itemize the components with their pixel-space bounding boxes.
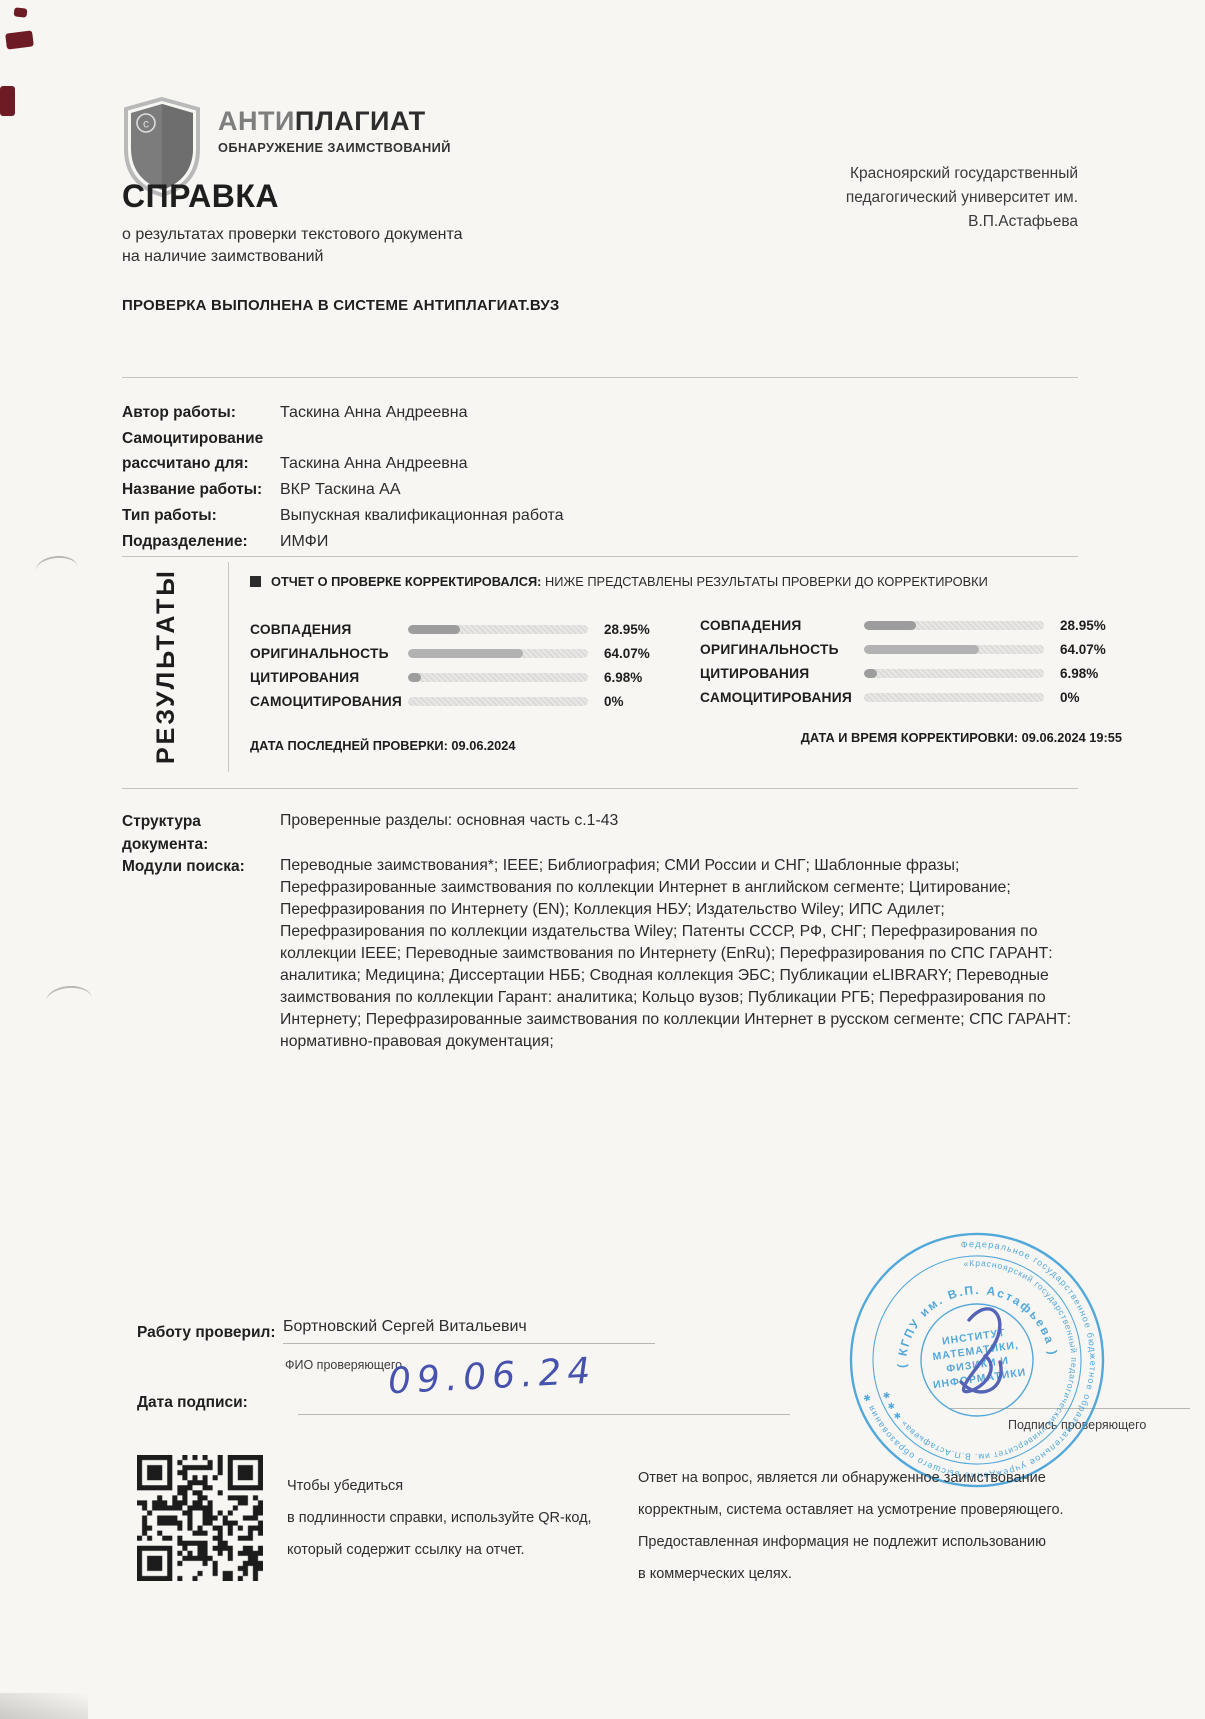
results-section: РЕЗУЛЬТАТЫ ОТЧЕТ О ПРОВЕРКЕ КОРРЕКТИРОВА… bbox=[122, 562, 1080, 772]
scan-ink-mark bbox=[5, 30, 34, 49]
metric-value: 0% bbox=[1060, 690, 1080, 705]
scan-ink-mark bbox=[0, 86, 15, 116]
metric-label: ЦИТИРОВАНИЯ bbox=[700, 666, 864, 681]
field-value: ВКР Таскина АА bbox=[280, 477, 401, 502]
metric-value: 6.98% bbox=[1060, 666, 1098, 681]
metric-value: 64.07% bbox=[604, 646, 650, 661]
results-notice: ОТЧЕТ О ПРОВЕРКЕ КОРРЕКТИРОВАЛСЯ: НИЖЕ П… bbox=[250, 574, 988, 589]
field-row-author: Автор работы: Таскина Анна Андреевна bbox=[122, 400, 1078, 425]
metric-bar bbox=[408, 649, 588, 658]
system-notice: ПРОВЕРКА ВЫПОЛНЕНА В СИСТЕМЕ АНТИПЛАГИАТ… bbox=[122, 297, 560, 314]
metric-value: 28.95% bbox=[604, 622, 650, 637]
metric-value: 6.98% bbox=[604, 670, 642, 685]
metric-row-selfcitations: САМОЦИТИРОВАНИЯ 0% bbox=[700, 688, 1106, 707]
checked-by-label: Работу проверил: bbox=[137, 1324, 276, 1342]
metric-value: 64.07% bbox=[1060, 642, 1106, 657]
metric-row-matches: СОВПАДЕНИЯ 28.95% bbox=[250, 620, 650, 639]
metric-bar bbox=[864, 693, 1044, 702]
checked-by-name: Бортновский Сергей Витальевич bbox=[283, 1318, 655, 1344]
university-line: В.П.Астафьева bbox=[846, 210, 1078, 234]
page-title: СПРАВКА bbox=[122, 178, 279, 215]
metric-row-selfcitations: САМОЦИТИРОВАНИЯ 0% bbox=[250, 692, 650, 711]
footer-disclaimer: Ответ на вопрос, является ли обнаруженно… bbox=[638, 1462, 1138, 1590]
results-divider bbox=[228, 562, 229, 772]
brand-tagline: ОБНАРУЖЕНИЕ ЗАИМСТВОВАНИЙ bbox=[218, 140, 451, 155]
svg-text:c: c bbox=[143, 117, 149, 131]
field-value: Таскина Анна Андреевна bbox=[280, 400, 468, 425]
field-row-department: Подразделение: ИМФИ bbox=[122, 529, 1078, 554]
metric-value: 0% bbox=[604, 694, 624, 709]
scan-crease bbox=[45, 984, 93, 1016]
university-stamp: Федеральное государственное бюджетное об… bbox=[845, 1228, 1109, 1492]
metric-label: СОВПАДЕНИЯ bbox=[250, 622, 408, 637]
metric-label: ОРИГИНАЛЬНОСТЬ bbox=[250, 646, 408, 661]
metric-row-originality: ОРИГИНАЛЬНОСТЬ 64.07% bbox=[250, 644, 650, 663]
metrics-before-column: СОВПАДЕНИЯ 28.95% ОРИГИНАЛЬНОСТЬ 64.07% … bbox=[250, 620, 650, 711]
results-vertical-label: РЕЗУЛЬТАТЫ bbox=[152, 570, 181, 762]
metric-row-originality: ОРИГИНАЛЬНОСТЬ 64.07% bbox=[700, 640, 1106, 659]
brand-name: АНТИПЛАГИАТ bbox=[218, 106, 451, 137]
field-label: Тип работы: bbox=[122, 503, 280, 528]
metric-row-citations: ЦИТИРОВАНИЯ 6.98% bbox=[250, 668, 650, 687]
field-row-title: Название работы: ВКР Таскина АА bbox=[122, 477, 1078, 502]
field-label: Самоцитирование рассчитано для: bbox=[122, 426, 280, 476]
field-label: Название работы: bbox=[122, 477, 280, 502]
scan-ink-mark bbox=[14, 7, 28, 17]
structure-row: Структура документа: Проверенные разделы… bbox=[122, 810, 1086, 856]
brand-suffix: ПЛАГИАТ bbox=[295, 106, 426, 136]
field-value: Таскина Анна Андреевна bbox=[280, 451, 468, 476]
divider bbox=[122, 556, 1078, 557]
notice-bold-text: ОТЧЕТ О ПРОВЕРКЕ КОРРЕКТИРОВАЛСЯ: bbox=[271, 574, 541, 589]
metric-label: САМОЦИТИРОВАНИЯ bbox=[700, 690, 864, 705]
metrics-corrected-column: СОВПАДЕНИЯ 28.95% ОРИГИНАЛЬНОСТЬ 64.07% … bbox=[700, 616, 1106, 707]
sign-date-label: Дата подписи: bbox=[137, 1394, 248, 1412]
metric-label: СОВПАДЕНИЯ bbox=[700, 618, 864, 633]
metric-value: 28.95% bbox=[1060, 618, 1106, 633]
page-subtitle: о результатах проверки текстового докуме… bbox=[122, 224, 463, 268]
metric-row-matches: СОВПАДЕНИЯ 28.95% bbox=[700, 616, 1106, 635]
antiplagiat-logo: АНТИПЛАГИАТ ОБНАРУЖЕНИЕ ЗАИМСТВОВАНИЙ bbox=[218, 106, 451, 155]
university-name: Красноярский государственный педагогичес… bbox=[846, 162, 1078, 234]
metric-row-citations: ЦИТИРОВАНИЯ 6.98% bbox=[700, 664, 1106, 683]
qr-caption: Чтобы убедиться в подлинности справки, и… bbox=[287, 1470, 592, 1566]
metric-bar bbox=[408, 697, 588, 706]
structure-label: Структура документа: bbox=[122, 810, 280, 856]
metric-bar bbox=[864, 621, 1044, 630]
field-value: ИМФИ bbox=[280, 529, 328, 554]
field-value: Выпускная квалификационная работа bbox=[280, 503, 564, 528]
structure-value: Проверенные разделы: основная часть с.1-… bbox=[280, 810, 1086, 832]
divider bbox=[122, 788, 1078, 789]
modules-row: Модули поиска: Переводные заимствования*… bbox=[122, 855, 1086, 1053]
metric-label: САМОЦИТИРОВАНИЯ bbox=[250, 694, 408, 709]
certificate-page: c АНТИПЛАГИАТ ОБНАРУЖЕНИЕ ЗАИМСТВОВАНИЙ … bbox=[0, 0, 1205, 1719]
qr-code bbox=[137, 1455, 263, 1581]
notice-rest-text: НИЖЕ ПРЕДСТАВЛЕНЫ РЕЗУЛЬТАТЫ ПРОВЕРКИ ДО… bbox=[545, 574, 988, 589]
metric-label: ОРИГИНАЛЬНОСТЬ bbox=[700, 642, 864, 657]
metric-label: ЦИТИРОВАНИЯ bbox=[250, 670, 408, 685]
scan-corner-shadow bbox=[0, 1693, 88, 1719]
metric-bar bbox=[864, 645, 1044, 654]
modules-label: Модули поиска: bbox=[122, 855, 280, 878]
metric-bar bbox=[864, 669, 1044, 678]
metric-bar bbox=[408, 625, 588, 634]
scan-crease bbox=[35, 554, 79, 584]
field-label: Подразделение: bbox=[122, 529, 280, 554]
divider bbox=[122, 377, 1078, 378]
field-row-type: Тип работы: Выпускная квалификационная р… bbox=[122, 503, 1078, 528]
modules-value: Переводные заимствования*; IEEE; Библиог… bbox=[280, 855, 1086, 1053]
field-row-selfcitation: Самоцитирование рассчитано для: Таскина … bbox=[122, 426, 1078, 476]
field-label: Автор работы: bbox=[122, 400, 280, 425]
last-check-date: ДАТА ПОСЛЕДНЕЙ ПРОВЕРКИ: 09.06.2024 bbox=[250, 738, 515, 753]
metric-bar bbox=[408, 673, 588, 682]
correction-date: ДАТА И ВРЕМЯ КОРРЕКТИРОВКИ: 09.06.2024 1… bbox=[801, 730, 1122, 745]
document-fields: Автор работы: Таскина Анна Андреевна Сам… bbox=[122, 400, 1078, 554]
notice-square-icon bbox=[250, 576, 261, 587]
university-line: Красноярский государственный bbox=[846, 162, 1078, 186]
university-line: педагогический университет им. bbox=[846, 186, 1078, 210]
brand-prefix: АНТИ bbox=[218, 106, 295, 136]
